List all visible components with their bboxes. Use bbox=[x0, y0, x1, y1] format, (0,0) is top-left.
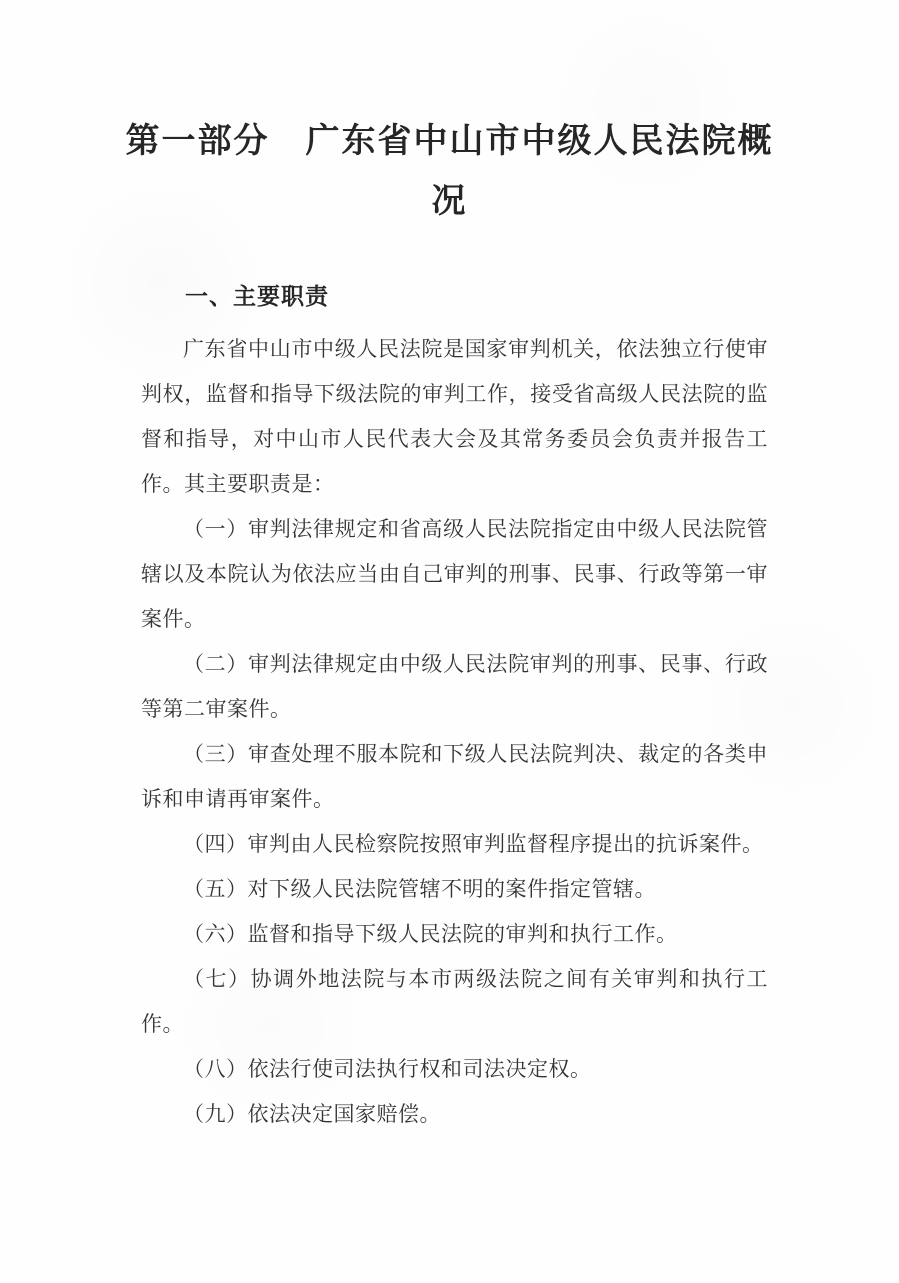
document-body: 广东省中山市中级人民法院是国家审判机关，依法独立行使审判权，监督和指导下级法院的… bbox=[141, 327, 768, 1137]
paragraph-item-4: （四）审判由人民检察院按照审判监督程序提出的抗诉案件。 bbox=[141, 822, 768, 867]
section-heading-main-duties: 一、主要职责 bbox=[185, 282, 899, 312]
paragraph-item-7: （七）协调外地法院与本市两级法院之间有关审判和执行工作。 bbox=[141, 957, 768, 1047]
paragraph-item-9: （九）依法决定国家赔偿。 bbox=[141, 1092, 768, 1137]
paragraph-item-2: （二）审判法律规定由中级人民法院审判的刑事、民事、行政等第二审案件。 bbox=[141, 642, 768, 732]
document-title: 第一部分 广东省中山市中级人民法院概况 bbox=[110, 112, 790, 232]
scanned-document-page: 第一部分 广东省中山市中级人民法院概况 一、主要职责 广东省中山市中级人民法院是… bbox=[0, 0, 899, 1283]
paragraph-item-8: （八）依法行使司法执行权和司法决定权。 bbox=[141, 1047, 768, 1092]
paragraph-item-1: （一）审判法律规定和省高级人民法院指定由中级人民法院管辖以及本院认为依法应当由自… bbox=[141, 507, 768, 642]
paragraph-item-5: （五）对下级人民法院管辖不明的案件指定管辖。 bbox=[141, 867, 768, 912]
paragraph-intro: 广东省中山市中级人民法院是国家审判机关，依法独立行使审判权，监督和指导下级法院的… bbox=[141, 327, 768, 507]
paragraph-item-6: （六）监督和指导下级人民法院的审判和执行工作。 bbox=[141, 912, 768, 957]
paragraph-item-3: （三）审查处理不服本院和下级人民法院判决、裁定的各类申诉和申请再审案件。 bbox=[141, 732, 768, 822]
